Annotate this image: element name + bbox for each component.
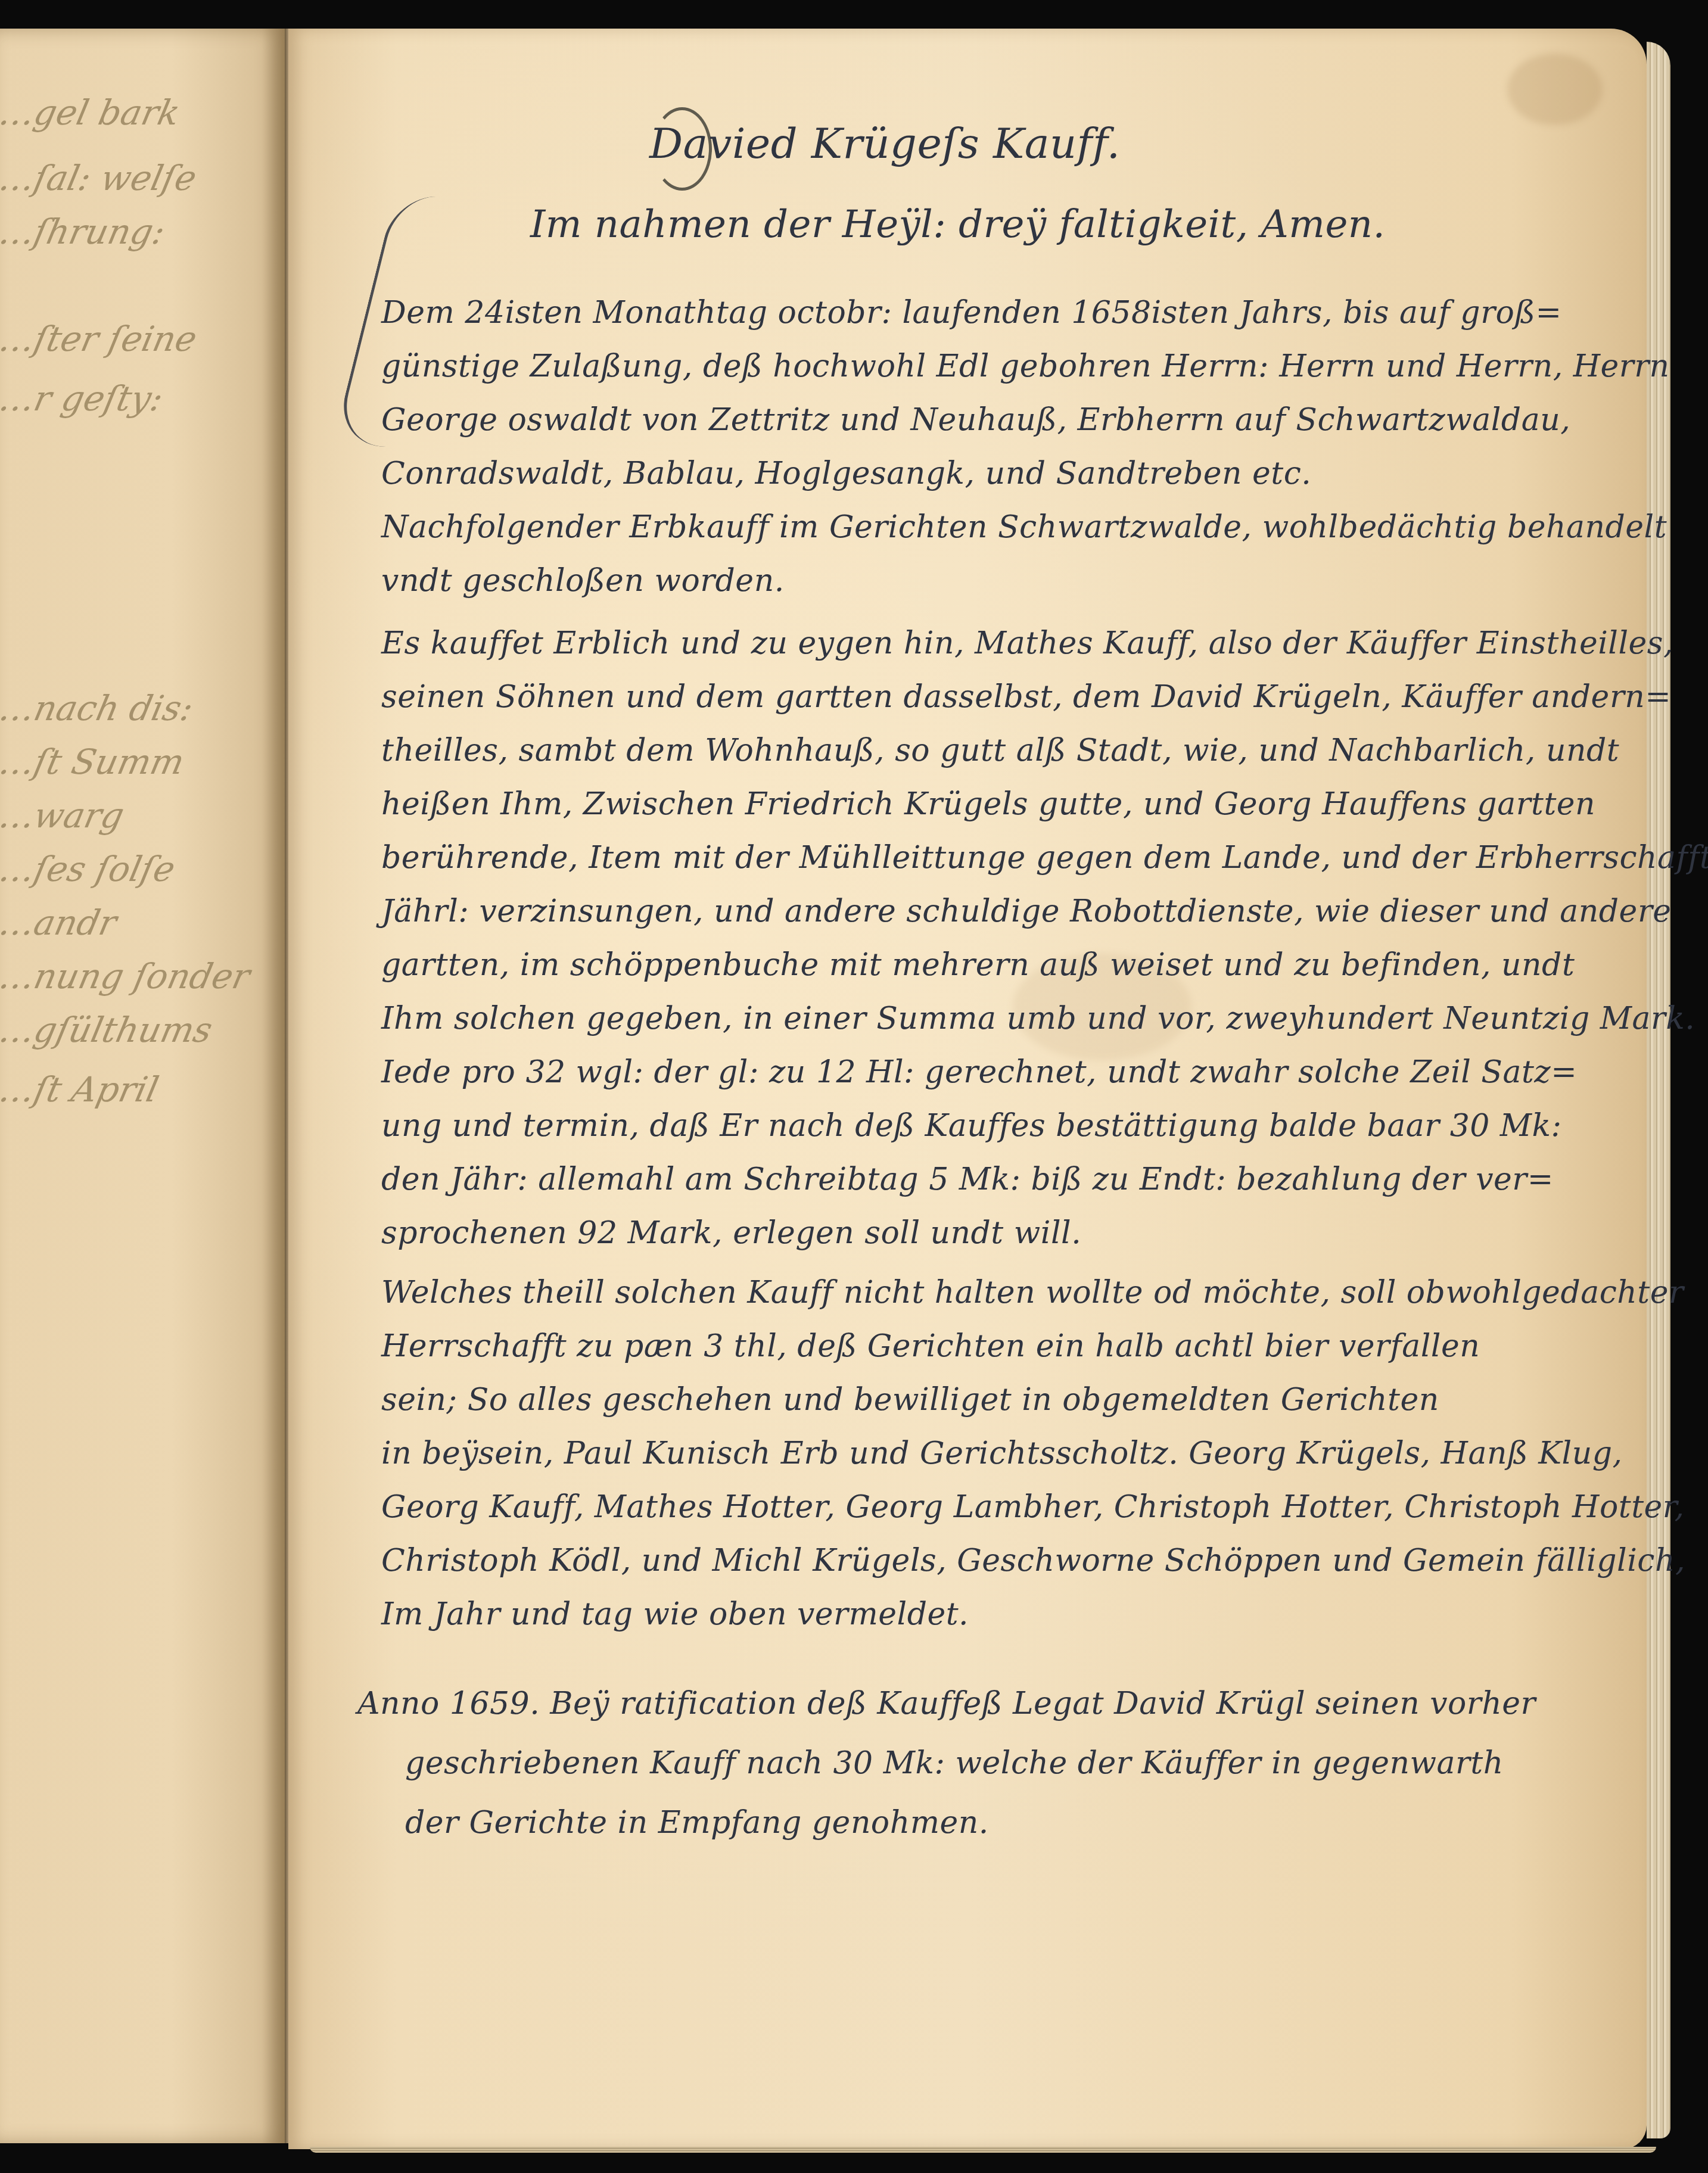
body-line: Es kauffet Erblich und zu eygen hin, Mat… [381,625,1673,661]
body-line: vndt geschloßen worden. [381,563,785,599]
body-line: Ihm solchen gegeben, in einer Summa umb … [381,1001,1695,1036]
body-line: Jährl: verzinsungen, und andere schuldig… [381,894,1672,929]
document-title: Davied Krügeſs Kauff. [649,119,1121,168]
left-fragment: …ſter ſeine [0,322,200,356]
left-fragment: …nach dis: [0,691,196,726]
body-line: Dem 24isten Monathtag octobr: laufenden … [381,295,1562,331]
body-line: Iede pro 32 wgl: der gl: zu 12 Hl: gerec… [381,1054,1577,1090]
body-line: Herrschafft zu pæn 3 thl, deß Gerichten … [381,1328,1480,1364]
body-line: George oswaldt von Zettritz und Neuhauß,… [381,402,1570,438]
body-line: theilles, sambt dem Wohnhauß, so gutt al… [381,733,1619,768]
body-line: heißen Ihm, Zwischen Friedrich Krügels g… [381,786,1595,822]
invocation-line: Im nahmen der Heÿl: dreÿ faltigkeit, Ame… [530,203,1385,247]
left-fragment: …ſt Summ [0,745,187,779]
left-fragment: …ſes ſolſe [0,852,178,886]
left-fragment: …warg [0,798,127,833]
annotation-line: Anno 1659. Beÿ ratification deß Kauffeß … [357,1686,1536,1721]
annotation-line: geschriebenen Kauff nach 30 Mk: welche d… [405,1745,1504,1781]
paper-stain [1507,54,1603,125]
body-line: Im Jahr und tag wie oben vermeldet. [381,1596,969,1632]
body-line: Georg Kauff, Mathes Hotter, Georg Lambhe… [381,1489,1685,1525]
body-line: seinen Söhnen und dem gartten dasselbst,… [381,679,1671,715]
left-fragment: …gſülthums [0,1013,215,1047]
left-fragment: …gel bark [0,95,183,130]
annotation-line: der Gerichte in Empfang genohmen. [405,1805,989,1841]
left-fragment: …ſt April [0,1072,161,1107]
left-fragment: …r geſty: [0,381,166,416]
body-line: Christoph Ködl, und Michl Krügels, Gesch… [381,1543,1685,1579]
body-line: in beÿsein, Paul Kunisch Erb und Gericht… [381,1436,1623,1471]
body-line: berührende, Item mit der Mühlleittunge g… [381,840,1708,876]
body-line: Welches theill solchen Kauff nicht halte… [381,1275,1684,1310]
body-line: Nachfolgender Erbkauff im Gerichten Schw… [381,509,1667,545]
body-line: ung und termin, daß Er nach deß Kauffes … [381,1108,1562,1144]
body-line: günstige Zulaßung, deß hochwohl Edl gebo… [381,348,1670,384]
body-line: sprochenen 92 Mark, erlegen soll undt wi… [381,1215,1081,1251]
left-fragment: …ſal: welſe [0,161,200,195]
left-fragment: …nung ſonder [0,959,253,994]
left-fragment: …andr [0,905,120,940]
left-fragment: …ſhrung: [0,214,168,249]
page-bottom-edge [310,2147,1656,2153]
body-line: den Jähr: allemahl am Schreibtag 5 Mk: b… [381,1162,1554,1197]
body-line: Conradswaldt, Bablau, Hoglgesangk, und S… [381,456,1311,491]
body-line: sein; So alles geschehen und bewilliget … [381,1382,1439,1418]
body-line: gartten, im schöppenbuche mit mehrern au… [381,947,1575,983]
